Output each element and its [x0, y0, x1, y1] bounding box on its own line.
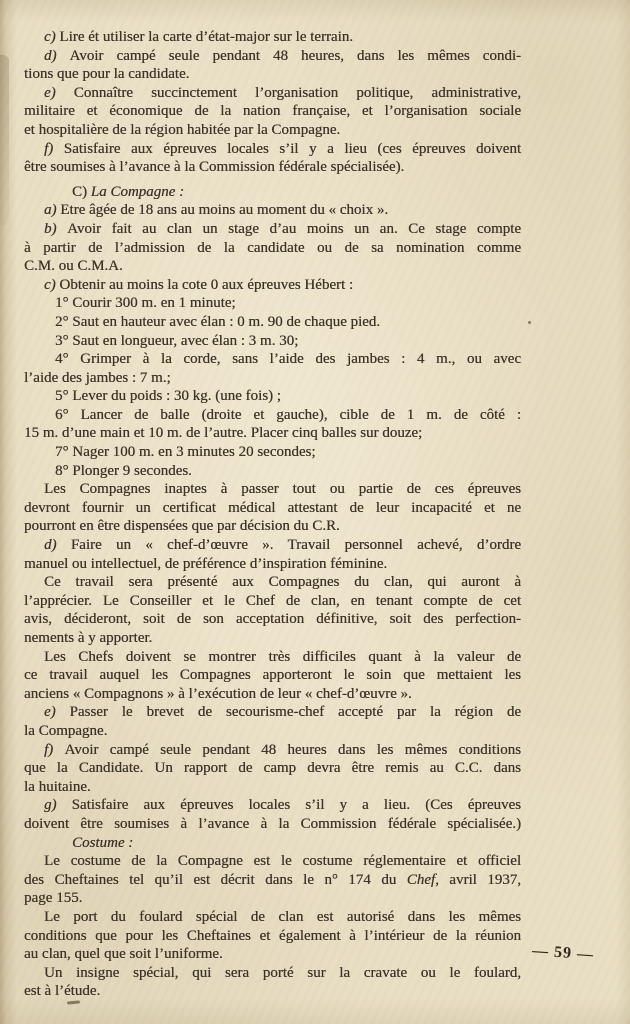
text-line: Le port du foulard spécial de clan est a… [24, 908, 521, 927]
text-line: 2° Saut en hauteur avec élan : 0 m. 90 d… [24, 313, 521, 332]
text-line: a) Etre âgée de 18 ans au moins au momen… [24, 201, 521, 220]
text-line: militaire et économique de la nation fra… [24, 102, 521, 121]
text-line: c) Lire ét utiliser la carte d’état-majo… [24, 28, 521, 47]
text-line: pourront en être dispensées que par déci… [24, 517, 521, 536]
text-line: 4° Grimper à la corde, sans l’aide des j… [24, 350, 521, 369]
text-line: devront fournir un certificat médical at… [24, 499, 521, 518]
text-line: Les Compagnes inaptes à passer tout ou p… [24, 480, 521, 499]
text-line: ce travail auquel les Compagnes apporter… [24, 666, 521, 685]
text-line: manuel ou intellectuel, de préférence d’… [24, 555, 521, 574]
text-line: 8° Plonger 9 secondes. [24, 462, 521, 481]
text-line: Les Chefs doivent se montrer très diffic… [24, 648, 521, 667]
text-line: e) Connaître succinctement l’organisatio… [24, 84, 521, 103]
text-line: 7° Nager 100 m. en 3 minutes 20 secondes… [24, 443, 521, 462]
text-line: g) Satisfaire aux épreuves locales s’il … [24, 796, 521, 815]
text-line: l’aide des jambes : 7 m.; [24, 369, 521, 388]
text-line: doivent être soumises à l’avance à la Co… [24, 815, 521, 834]
text-line: d) Avoir campé seule pendant 48 heures, … [24, 47, 521, 66]
text-line: c) Obtenir au moins la cote 0 aux épreuv… [24, 276, 521, 295]
page-number: — 59 — [531, 942, 612, 966]
text-line: anciens « Compagnons » à l’exécution de … [24, 685, 521, 704]
text-line: des Cheftaines tel qu’il est décrit dans… [24, 871, 521, 890]
text-line: avis, décideront, soit de son acceptatio… [24, 610, 521, 629]
text-line: 6° Lancer de balle (droite et gauche), c… [24, 406, 521, 425]
text-line: au clan, quel que soit l’uniforme. [24, 945, 521, 964]
text-line: d) Faire un « chef-d’œuvre ». Travail pe… [24, 536, 521, 555]
text-line: nements à y apporter. [24, 629, 521, 648]
page-text: c) Lire ét utiliser la carte d’état-majo… [24, 28, 521, 1001]
text-line: conditions que pour les Cheftaines et ég… [24, 927, 521, 946]
text-line: 15 m. d’une main et 10 m. de l’autre. Pl… [24, 424, 521, 443]
text-line: f) Avoir campé seule pendant 48 heures d… [24, 741, 521, 760]
text-line: Costume : [24, 834, 521, 853]
text-line: C.M. ou C.M.A. [24, 257, 521, 276]
text-line: page 155. [24, 889, 521, 908]
text-line: 3° Saut en longueur, avec élan : 3 m. 30… [24, 332, 521, 351]
text-line: est à l’étude. [24, 982, 521, 1001]
text-line: C) La Compagne : [24, 183, 521, 202]
text-line: être soumises à l’avance à la Commission… [24, 158, 521, 177]
text-line: tions que pour la candidate. [24, 65, 521, 84]
text-line: que la Candidate. Un rapport de camp dev… [24, 759, 521, 778]
text-line: la huitaine. [24, 778, 521, 797]
text-line: e) Passer le brevet de secourisme-chef a… [24, 703, 521, 722]
paper-speck [528, 321, 531, 324]
text-line: f) Satisfaire aux épreuves locales s’il … [24, 140, 521, 159]
text-line: Ce travail sera présenté aux Compagnes d… [24, 573, 521, 592]
text-line: 1° Courir 300 m. en 1 minute; [24, 294, 521, 313]
text-line: l’apprécier. Le Conseiller et le Chef de… [24, 592, 521, 611]
text-line: et hospitalière de la région habitée par… [24, 121, 521, 140]
text-line: b) Avoir fait au clan un stage d’au moin… [24, 220, 521, 239]
text-line: 5° Lever du poids : 30 kg. (une fois) ; [24, 387, 521, 406]
scanned-page: c) Lire ét utiliser la carte d’état-majo… [0, 0, 630, 1024]
text-line: Le costume de la Compagne est le costume… [24, 852, 521, 871]
text-line: la Compagne. [24, 722, 521, 741]
text-line: Un insigne spécial, qui sera porté sur l… [24, 964, 521, 983]
text-line: à partir de l’admission de la candidate … [24, 239, 521, 258]
binding-shadow [0, 55, 9, 225]
paper-speck [67, 1000, 80, 1004]
